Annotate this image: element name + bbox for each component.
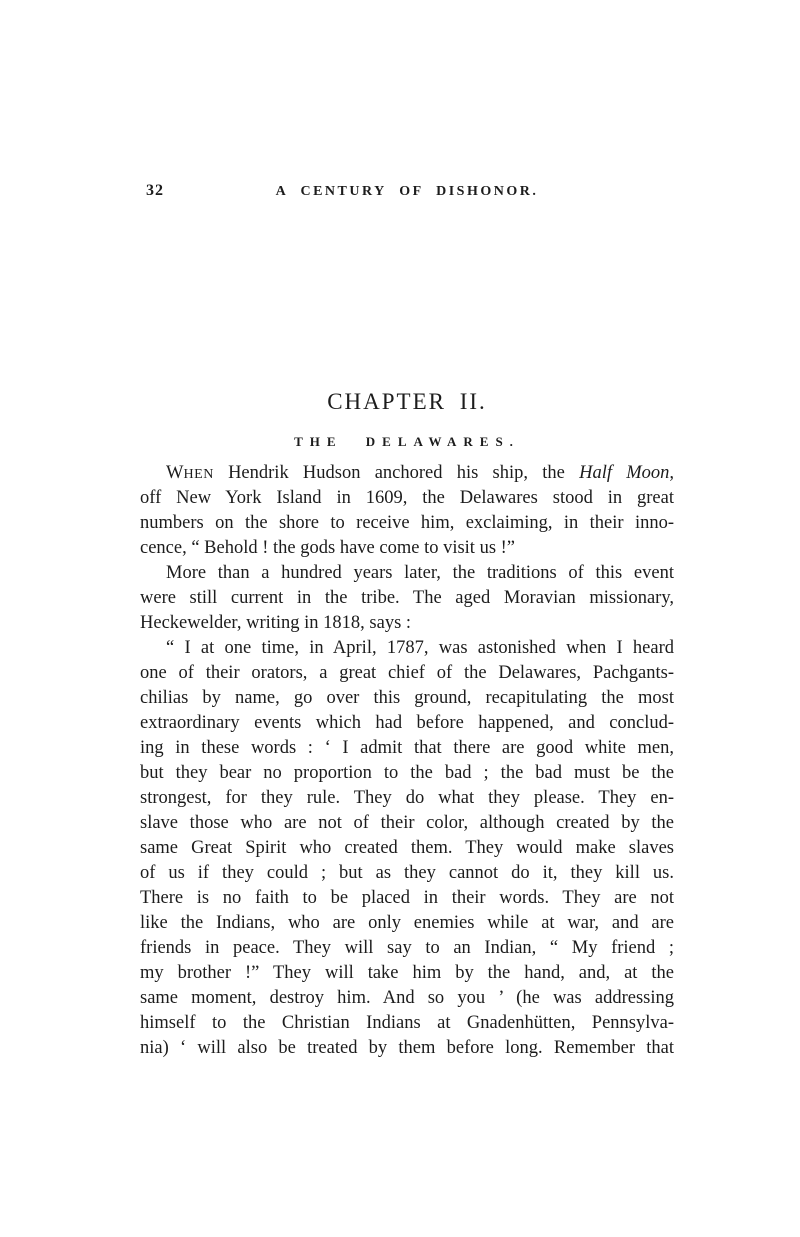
text-run: were still current in the tribe. The age… [140, 588, 674, 608]
text-run: nia) ‘ will also be treated by them befo… [140, 1038, 674, 1058]
italic-text-run: Half Moon, [579, 463, 674, 483]
text-line: friends in peace. They will say to an In… [140, 936, 674, 961]
text-run: extraordinary events which had before ha… [140, 713, 674, 733]
text-run: More than a hundred years later, the tra… [166, 563, 674, 583]
text-run: slave those who are not of their color, … [140, 813, 674, 833]
text-run: chilias by name, go over this ground, re… [140, 688, 674, 708]
text-line: extraordinary events which had before ha… [140, 711, 674, 736]
text-line: off New York Island in 1609, the Delawar… [140, 486, 674, 511]
text-line: There is no faith to be placed in their … [140, 886, 674, 911]
text-run: same Great Spirit who created them. They… [140, 838, 674, 858]
page-body: WHEN Hendrik Hudson anchored his ship, t… [140, 461, 674, 1061]
text-line: but they bear no proportion to the bad ;… [140, 761, 674, 786]
text-line: same moment, destroy him. And so you ’ (… [140, 986, 674, 1011]
text-run: of us if they could ; but as they cannot… [140, 863, 674, 883]
text-run: friends in peace. They will say to an In… [140, 938, 674, 958]
text-run: numbers on the shore to receive him, exc… [140, 513, 674, 533]
text-line: like the Indians, who are only enemies w… [140, 911, 674, 936]
text-run: one of their orators, a great chief of t… [140, 663, 674, 683]
text-line: WHEN Hendrik Hudson anchored his ship, t… [140, 461, 674, 486]
smallcaps-text-run: HEN [183, 466, 213, 482]
text-line: himself to the Christian Indians at Gnad… [140, 1011, 674, 1036]
page-header: 32 A CENTURY OF DISHONOR. [140, 182, 674, 202]
text-run: himself to the Christian Indians at Gnad… [140, 1013, 674, 1033]
section-title: THE DELAWARES. [140, 434, 674, 450]
text-line: of us if they could ; but as they cannot… [140, 861, 674, 886]
text-line: nia) ‘ will also be treated by them befo… [140, 1036, 674, 1061]
text-run: W [166, 463, 183, 483]
text-run: There is no faith to be placed in their … [140, 888, 674, 908]
running-head: A CENTURY OF DISHONOR. [140, 184, 674, 200]
text-run: like the Indians, who are only enemies w… [140, 913, 674, 933]
text-line: ing in these words : ‘ I admit that ther… [140, 736, 674, 761]
text-run: “ I at one time, in April, 1787, was ast… [166, 638, 674, 658]
text-line: one of their orators, a great chief of t… [140, 661, 674, 686]
text-line: numbers on the shore to receive him, exc… [140, 511, 674, 536]
text-line: slave those who are not of their color, … [140, 811, 674, 836]
text-run: strongest, for they rule. They do what t… [140, 788, 674, 808]
paragraph: More than a hundred years later, the tra… [140, 561, 674, 636]
text-run: my brother !” They will take him by the … [140, 963, 674, 983]
text-line: chilias by name, go over this ground, re… [140, 686, 674, 711]
text-run: ing in these words : ‘ I admit that ther… [140, 738, 674, 758]
text-line: strongest, for they rule. They do what t… [140, 786, 674, 811]
text-line: More than a hundred years later, the tra… [140, 561, 674, 586]
text-run: cence, “ Behold ! the gods have come to … [140, 538, 515, 558]
text-line: were still current in the tribe. The age… [140, 586, 674, 611]
text-line: my brother !” They will take him by the … [140, 961, 674, 986]
text-run: off New York Island in 1609, the Delawar… [140, 488, 674, 508]
paragraph: “ I at one time, in April, 1787, was ast… [140, 636, 674, 1061]
text-line: “ I at one time, in April, 1787, was ast… [140, 636, 674, 661]
paragraph: WHEN Hendrik Hudson anchored his ship, t… [140, 461, 674, 561]
text-line: cence, “ Behold ! the gods have come to … [140, 536, 674, 561]
book-page: 32 A CENTURY OF DISHONOR. CHAPTER II. TH… [0, 0, 800, 1237]
text-run: Hendrik Hudson anchored his ship, the [214, 463, 579, 483]
text-line: same Great Spirit who created them. They… [140, 836, 674, 861]
text-run: but they bear no proportion to the bad ;… [140, 763, 674, 783]
text-run: Heckewelder, writing in 1818, says : [140, 613, 411, 633]
text-run: same moment, destroy him. And so you ’ (… [140, 988, 674, 1008]
text-line: Heckewelder, writing in 1818, says : [140, 611, 674, 636]
chapter-title: CHAPTER II. [140, 389, 674, 415]
